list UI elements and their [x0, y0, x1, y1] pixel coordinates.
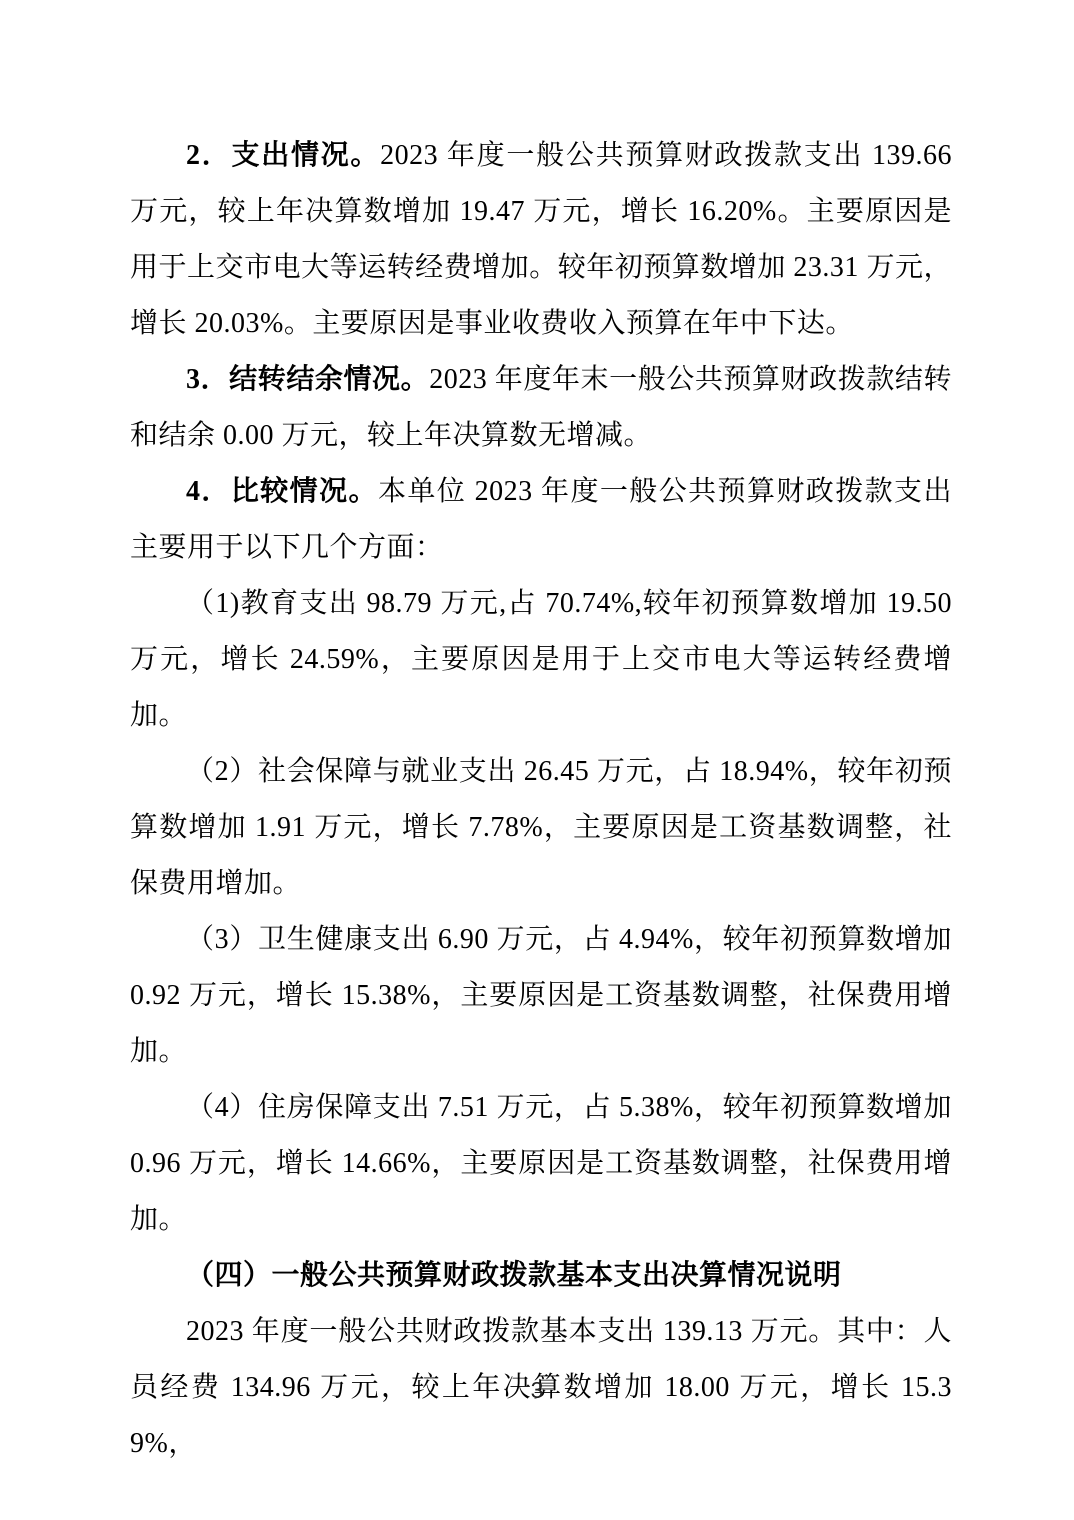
section-heading: （四）一般公共预算财政拨款基本支出决算情况说明	[130, 1248, 952, 1304]
document-page: 2．支出情况。2023 年度一般公共预算财政拨款支出 139.66 万元，较上年…	[0, 0, 1074, 1520]
page-number: 3	[0, 1376, 1074, 1404]
paragraph-expenditure-situation: 2．支出情况。2023 年度一般公共预算财政拨款支出 139.66 万元，较上年…	[130, 128, 952, 352]
paragraph-item-1-education: （1)教育支出 98.79 万元,占 70.74%,较年初预算数增加 19.50…	[130, 576, 952, 744]
document-body: 2．支出情况。2023 年度一般公共预算财政拨款支出 139.66 万元，较上年…	[130, 128, 952, 1472]
text-run: （1)教育支出 98.79 万元,占 70.74%,较年初预算数增加 19.50…	[130, 588, 952, 731]
paragraph-comparison-situation: 4．比较情况。本单位 2023 年度一般公共预算财政拨款支出主要用于以下几个方面…	[130, 464, 952, 576]
bold-text-run: 4．比较情况。	[186, 476, 378, 507]
paragraph-item-2-social-security: （2）社会保障与就业支出 26.45 万元，占 18.94%，较年初预算数增加 …	[130, 744, 952, 912]
paragraph-carryover-balance-situation: 3．结转结余情况。2023 年度年末一般公共预算财政拨款结转和结余 0.00 万…	[130, 352, 952, 464]
paragraph-item-3-health: （3）卫生健康支出 6.90 万元，占 4.94%，较年初预算数增加 0.92 …	[130, 912, 952, 1080]
text-run: （3）卫生健康支出 6.90 万元，占 4.94%，较年初预算数增加 0.92 …	[130, 924, 952, 1067]
bold-text-run: 2．支出情况。	[186, 140, 380, 171]
bold-text-run: 3．结转结余情况。	[186, 364, 429, 395]
paragraph-item-4-housing: （4）住房保障支出 7.51 万元，占 5.38%，较年初预算数增加 0.96 …	[130, 1080, 952, 1248]
text-run: （4）住房保障支出 7.51 万元，占 5.38%，较年初预算数增加 0.96 …	[130, 1092, 952, 1235]
bold-text-run: （四）一般公共预算财政拨款基本支出决算情况说明	[186, 1260, 842, 1291]
text-run: （2）社会保障与就业支出 26.45 万元，占 18.94%，较年初预算数增加 …	[130, 756, 952, 899]
